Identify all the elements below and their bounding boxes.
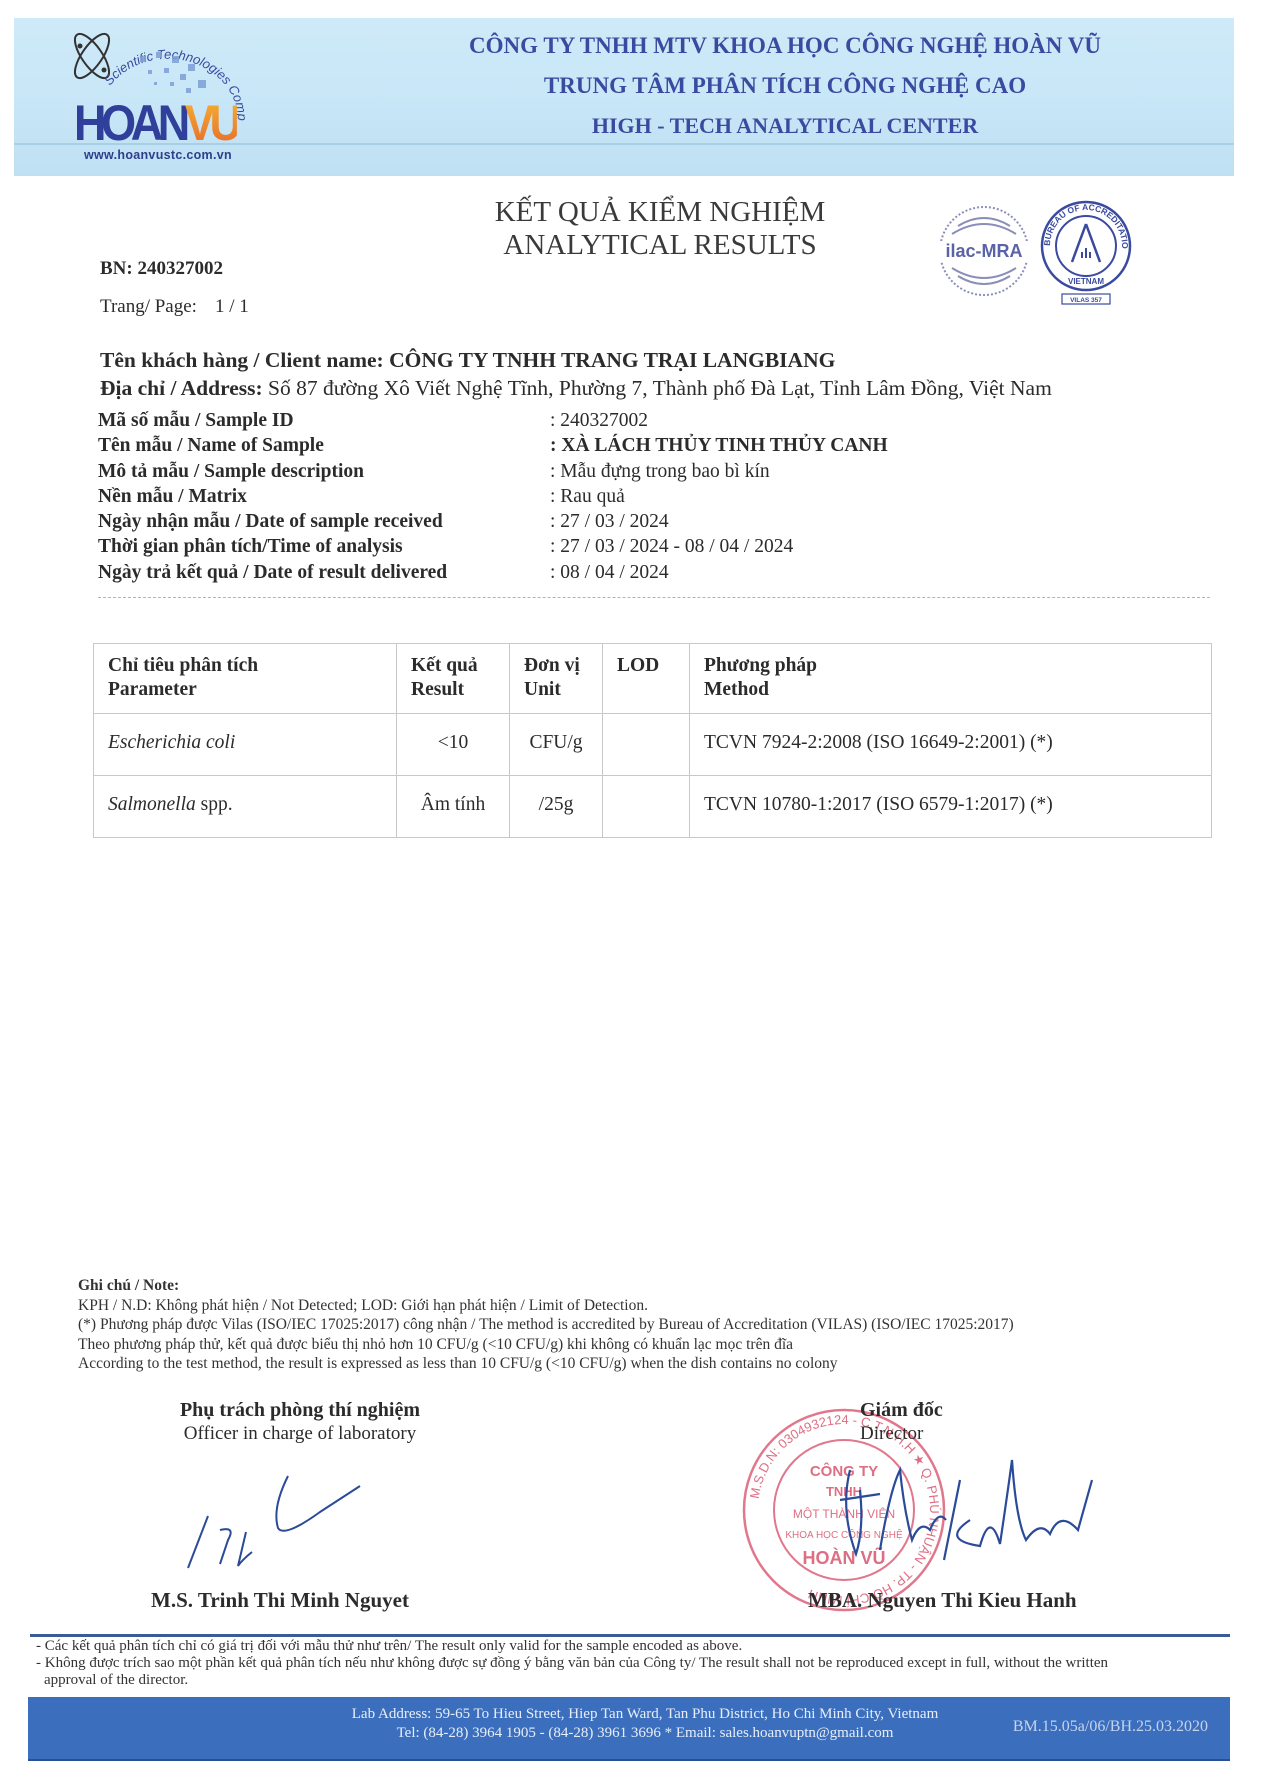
lab-address: Lab Address: 59-65 To Hieu Street, Hiep … — [300, 1705, 990, 1724]
center-name-vi: TRUNG TÂM PHÂN TÍCH CÔNG NGHỆ CAO — [360, 73, 1210, 99]
cell-method: TCVN 7924-2:2008 (ISO 16649-2:2001) (*) — [690, 714, 1212, 776]
lab-contact: Lab Address: 59-65 To Hieu Street, Hiep … — [300, 1705, 990, 1743]
info-row-date-received: Ngày nhận mẫu / Date of sample received:… — [98, 509, 888, 534]
disclaimer-line: - Các kết quả phân tích chỉ có giá trị đ… — [36, 1638, 1236, 1655]
title-vi: KẾT QUẢ KIỂM NGHIỆM — [400, 196, 920, 229]
svg-text:VIETNAM: VIETNAM — [1068, 277, 1104, 286]
header-result: Kết quảResult — [397, 644, 510, 714]
director-name: MBA. Nguyen Thi Kieu Hanh — [808, 1588, 1128, 1613]
disclaimers: - Các kết quả phân tích chỉ có giá trị đ… — [36, 1638, 1236, 1689]
note-line: According to the test method, the result… — [78, 1354, 1014, 1374]
notes-title: Ghi chú / Note: — [78, 1276, 1014, 1296]
sample-info: Mã số mẫu / Sample ID: 240327002 Tên mẫu… — [98, 408, 888, 585]
cell-lod — [603, 776, 690, 838]
dashed-divider — [98, 597, 1210, 598]
cell-result: Âm tính — [397, 776, 510, 838]
header-method: Phương phápMethod — [690, 644, 1212, 714]
signature-director — [820, 1450, 1100, 1580]
disclaimer-rule — [30, 1634, 1230, 1637]
cell-unit: CFU/g — [510, 714, 603, 776]
signature-lab-officer — [180, 1468, 380, 1578]
note-line: KPH / N.D: Không phát hiện / Not Detecte… — [78, 1296, 1014, 1316]
title-en: ANALYTICAL RESULTS — [400, 229, 920, 262]
company-logo: Scientific Technologies Company Limited … — [70, 26, 270, 166]
bn-number: BN: 240327002 — [100, 258, 223, 280]
center-name-en: HIGH - TECH ANALYTICAL CENTER — [360, 113, 1210, 139]
client-name: Tên khách hàng / Client name: CÔNG TY TN… — [100, 346, 835, 375]
header-unit: Đơn vịUnit — [510, 644, 603, 714]
info-row-time-analysis: Thời gian phân tích/Time of analysis: 27… — [98, 534, 888, 559]
info-row-sample-name: Tên mẫu / Name of Sample: XÀ LÁCH THỦY T… — [98, 433, 888, 458]
footer-band: Lab Address: 59-65 To Hieu Street, Hiep … — [28, 1697, 1230, 1761]
lab-phone-email: Tel: (84-28) 3964 1905 - (84-28) 3961 36… — [300, 1724, 990, 1743]
note-line: (*) Phương pháp được Vilas (ISO/IEC 1702… — [78, 1315, 1014, 1335]
page-indicator: Trang/ Page:1 / 1 — [100, 296, 249, 318]
cell-lod — [603, 714, 690, 776]
company-name: CÔNG TY TNHH MTV KHOA HỌC CÔNG NGHỆ HOÀN… — [360, 33, 1210, 59]
table-row: Salmonella spp. Âm tính /25g TCVN 10780-… — [94, 776, 1212, 838]
svg-text:VILAS 357: VILAS 357 — [1070, 297, 1102, 304]
header-lod: LOD — [603, 644, 690, 714]
lab-officer-name: M.S. Trinh Thi Minh Nguyet — [120, 1588, 440, 1613]
accreditation-badges: ilac-MRA BUREAU OF ACCREDITATION VIETNAM… — [934, 196, 1144, 306]
cell-parameter: Salmonella spp. — [94, 776, 397, 838]
table-header-row: Chỉ tiêu phân tíchParameter Kết quảResul… — [94, 644, 1212, 714]
info-row-date-delivered: Ngày trả kết quả / Date of result delive… — [98, 560, 888, 585]
cell-result: <10 — [397, 714, 510, 776]
ilac-mra-badge: ilac-MRA — [938, 207, 1030, 295]
disclaimer-line: approval of the director. — [36, 1672, 1236, 1689]
info-row-matrix: Nền mẫu / Matrix: Rau quả — [98, 484, 888, 509]
note-line: Theo phương pháp thử, kết quả được biểu … — [78, 1335, 1014, 1355]
cell-method: TCVN 10780-1:2017 (ISO 6579-1:2017) (*) — [690, 776, 1212, 838]
notes: Ghi chú / Note: KPH / N.D: Không phát hi… — [78, 1276, 1014, 1374]
results-table: Chỉ tiêu phân tíchParameter Kết quảResul… — [93, 643, 1212, 838]
logo-wordmark: HOANVU — [74, 98, 237, 148]
signature-block-director: Giám đốc Director — [860, 1398, 1060, 1446]
cell-unit: /25g — [510, 776, 603, 838]
company-website: www.hoanvustc.com.vn — [84, 148, 232, 162]
signature-block-lab-officer: Phụ trách phòng thí nghiệm Officer in ch… — [120, 1398, 480, 1446]
info-row-sample-id: Mã số mẫu / Sample ID: 240327002 — [98, 408, 888, 433]
svg-text:ilac-MRA: ilac-MRA — [945, 241, 1022, 261]
document-title: KẾT QUẢ KIỂM NGHIỆM ANALYTICAL RESULTS — [400, 196, 920, 262]
table-row: Escherichia coli <10 CFU/g TCVN 7924-2:2… — [94, 714, 1212, 776]
form-code: BM.15.05a/06/BH.25.03.2020 — [1013, 1718, 1208, 1736]
disclaimer-line: - Không được trích sao một phần kết quả … — [36, 1655, 1236, 1672]
cell-parameter: Escherichia coli — [94, 714, 397, 776]
info-row-description: Mô tả mẫu / Sample description: Mẫu đựng… — [98, 459, 888, 484]
client-address: Địa chỉ / Address: Số 87 đường Xô Viết N… — [100, 374, 1052, 403]
header-parameter: Chỉ tiêu phân tíchParameter — [94, 644, 397, 714]
